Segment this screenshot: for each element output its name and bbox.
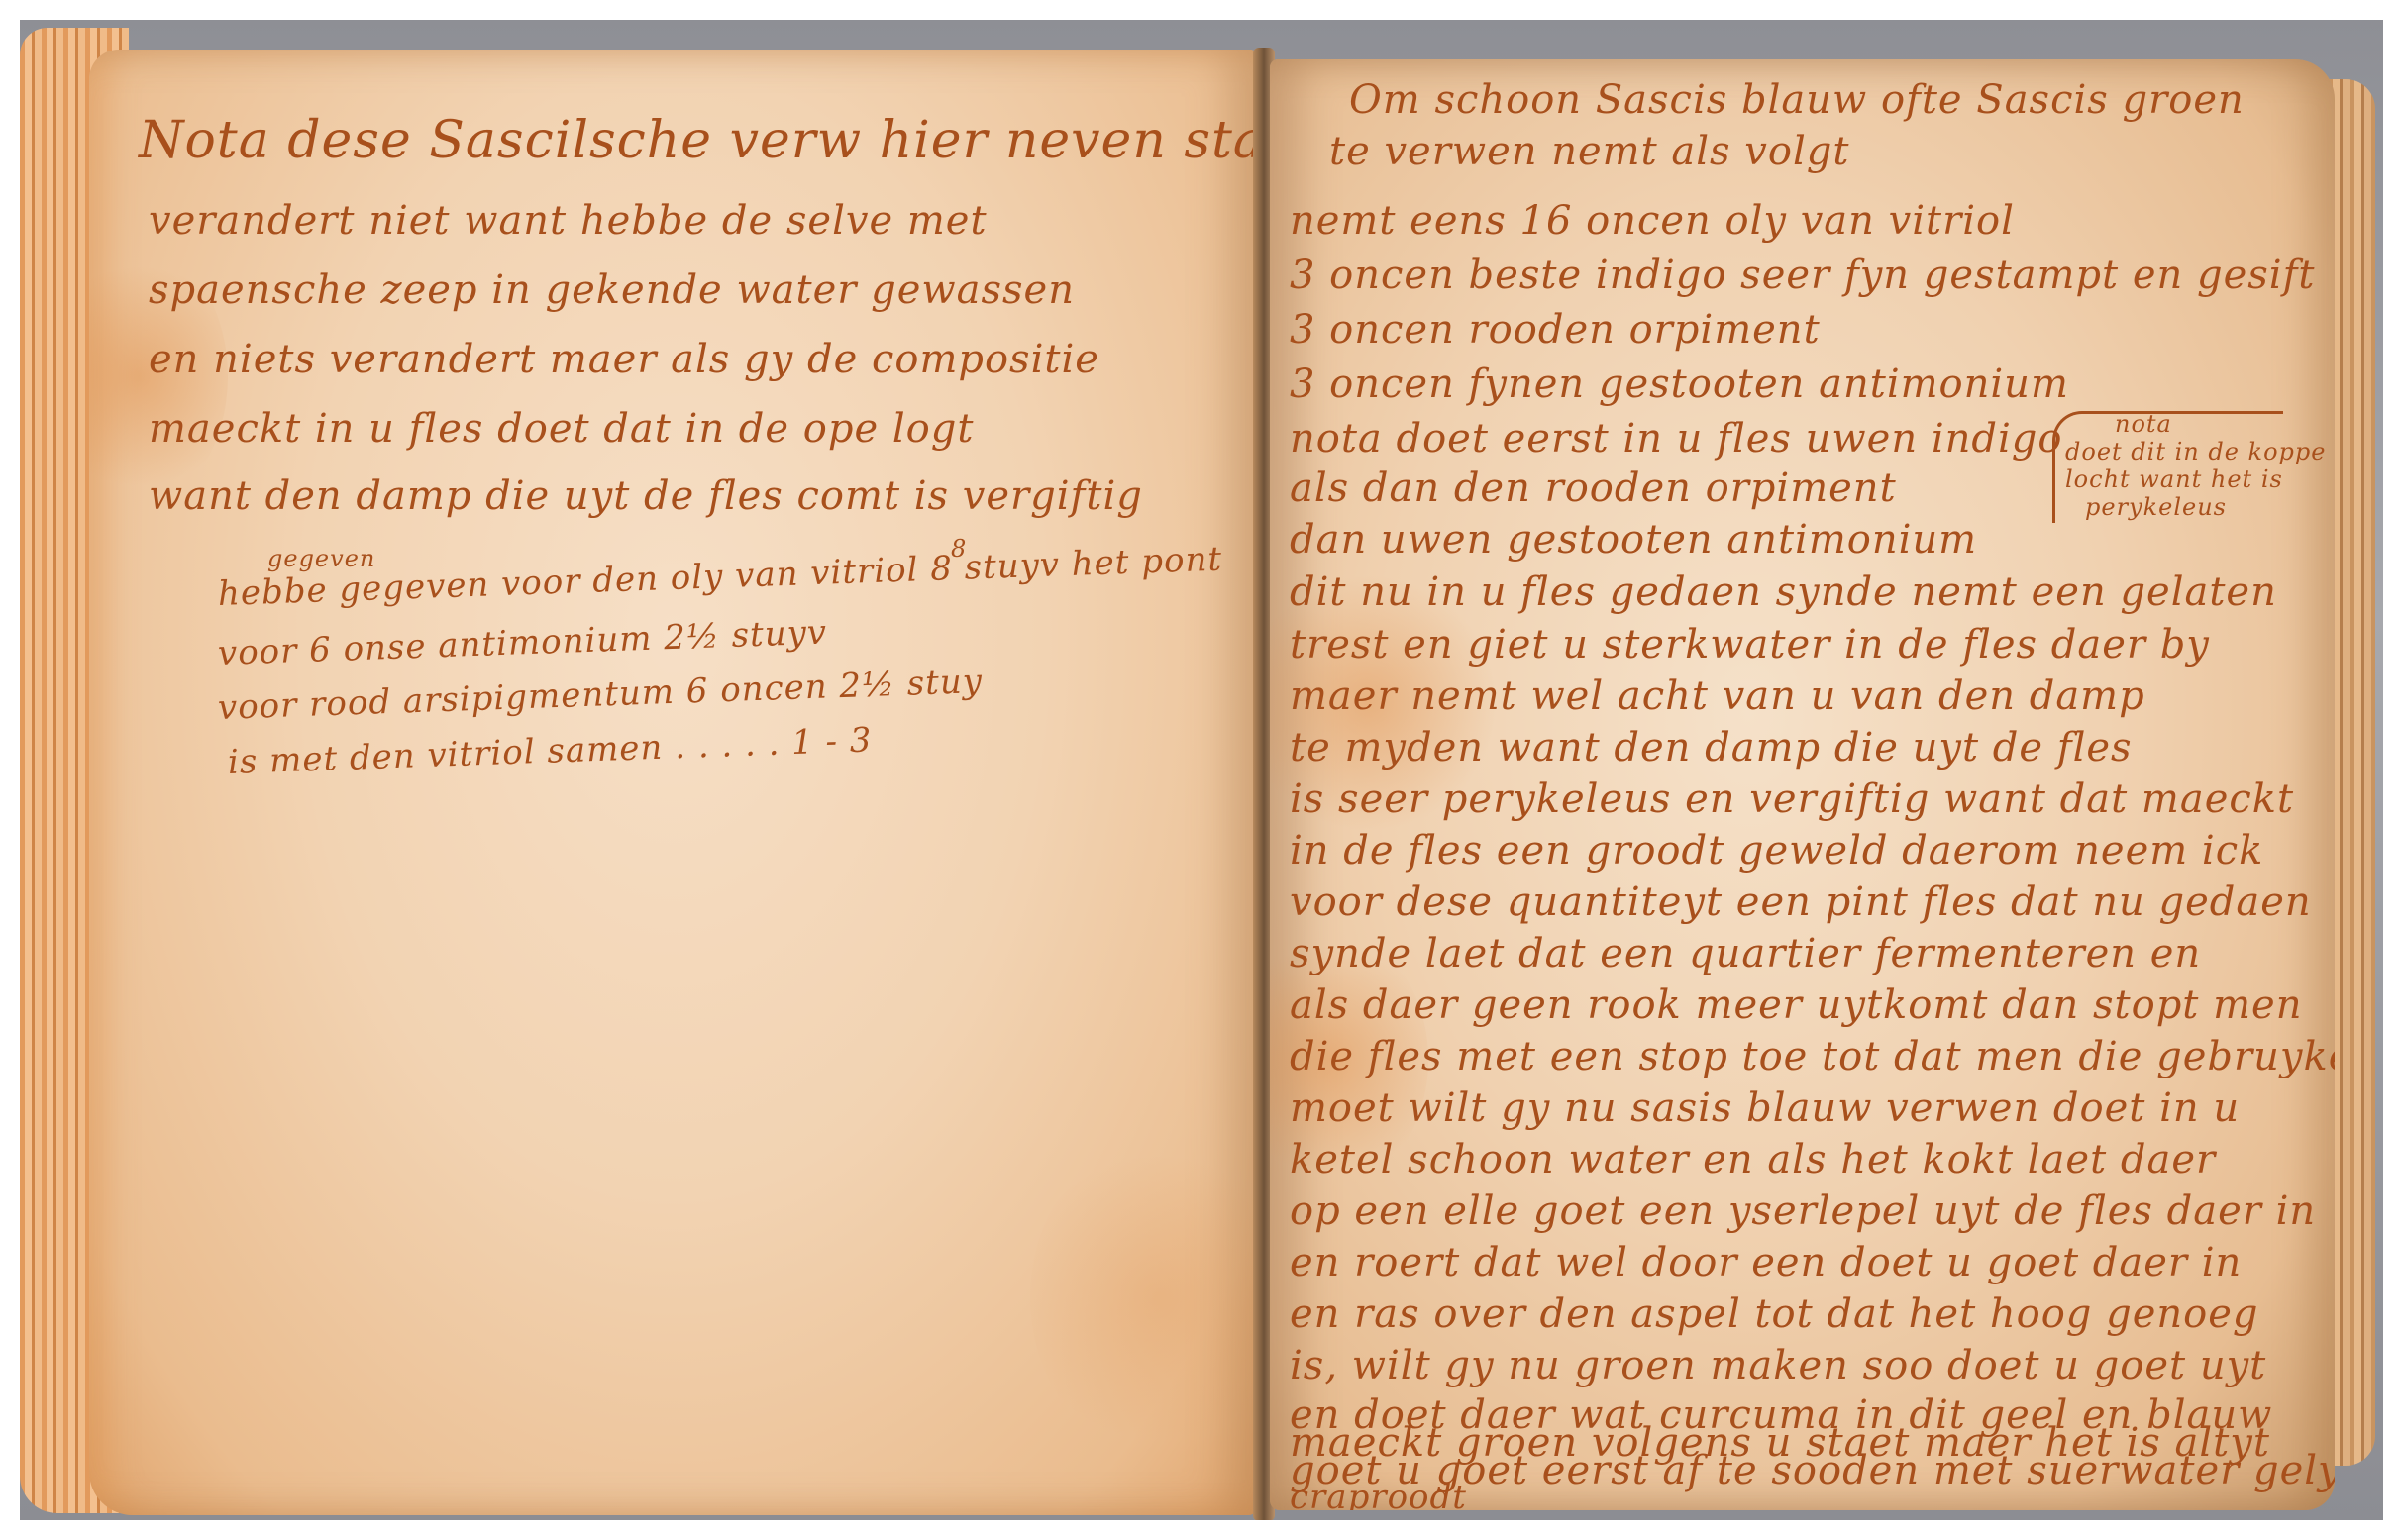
margin-note-bracket: nota doet dit in de koppe locht want het… xyxy=(2052,411,2283,523)
instruction-line: nota doet eerst in u fles uwen indigo xyxy=(1290,416,2062,462)
ingredient-line: nemt eens 16 oncen oly van vitriol xyxy=(1290,198,2015,244)
recipe-title-line: Om schoon Sascis blauw ofte Sascis groen xyxy=(1349,77,2245,123)
account-line: voor rood arsipigmentum 6 oncen 2½ stuy xyxy=(217,662,983,728)
left-page: Nota dese Sascilsche verw hier neven sta… xyxy=(89,50,1258,1515)
margin-note-line: doet dit in de koppe xyxy=(2065,438,2326,465)
instruction-line: ketel schoon water en als het kokt laet … xyxy=(1290,1137,2216,1182)
ingredient-line: 3 oncen beste indigo seer fyn gestampt e… xyxy=(1290,253,2315,298)
instruction-line: te myden want den damp die uyt de fles xyxy=(1290,725,2133,770)
instruction-line: craproodt xyxy=(1290,1478,1467,1510)
instruction-line: op een elle goet een yserlepel uyt de fl… xyxy=(1290,1188,2316,1234)
margin-note-line: perykeleus xyxy=(2085,493,2227,521)
margin-note-line: nota xyxy=(2115,410,2172,438)
instruction-line: dan uwen gestooten antimonium xyxy=(1290,517,1977,563)
instruction-line: in de fles een groodt geweld daerom neem… xyxy=(1290,828,2263,873)
instruction-line: moet wilt gy nu sasis blauw verwen doet … xyxy=(1290,1085,2240,1131)
instruction-line: is, wilt gy nu groen maken soo doet u go… xyxy=(1290,1343,2266,1388)
instruction-line: synde laet dat een quartier fermenteren … xyxy=(1290,931,2201,976)
left-note-line: Nota dese Sascilsche verw hier neven sta… xyxy=(139,111,1258,170)
left-note-line: maeckt in u fles doet dat in de ope logt xyxy=(149,406,974,452)
instruction-line: die fles met een stop toe tot dat men di… xyxy=(1290,1034,2335,1079)
left-note-line: spaensche zeep in gekende water gewassen xyxy=(149,267,1075,313)
instruction-line: dit nu in u fles gedaen synde nemt een g… xyxy=(1290,569,2277,615)
account-line: voor 6 onse antimonium 2½ stuyv xyxy=(217,613,827,673)
right-page: Om schoon Sascis blauw ofte Sascis groen… xyxy=(1270,59,2335,1510)
instruction-line: trest en giet u sterkwater in de fles da… xyxy=(1290,622,2210,667)
instruction-line: voor dese quantiteyt een pint fles dat n… xyxy=(1290,879,2312,925)
recipe-title-line: te verwen nemt als volgt xyxy=(1329,129,1849,174)
account-line: is met den vitriol samen . . . . . 1 - 3 xyxy=(227,720,873,782)
account-insertion: gegeven xyxy=(267,545,375,572)
instruction-line: als dan den rooden orpiment xyxy=(1290,465,1897,511)
instruction-line: maer nemt wel acht van u van den damp xyxy=(1290,673,2145,719)
margin-note-line: locht want het is xyxy=(2065,465,2283,493)
instruction-line: en roert dat wel door een doet u goet da… xyxy=(1290,1240,2242,1285)
manuscript-photo: Nota dese Sascilsche verw hier neven sta… xyxy=(20,20,2383,1520)
left-note-line: verandert niet want hebbe de selve met xyxy=(149,198,988,244)
instruction-line: als daer geen rook meer uytkomt dan stop… xyxy=(1290,982,2302,1028)
ingredient-line: 3 oncen fynen gestooten antimonium xyxy=(1290,361,2069,407)
ingredient-line: 3 oncen rooden orpiment xyxy=(1290,307,1821,353)
paper-stain xyxy=(1030,1139,1258,1456)
instruction-line: en ras over den aspel tot dat het hoog g… xyxy=(1290,1291,2259,1337)
instruction-line: is seer perykeleus en vergiftig want dat… xyxy=(1290,776,2294,822)
left-note-line: en niets verandert maer als gy de compos… xyxy=(149,337,1099,382)
left-note-line: want den damp die uyt de fles comt is ve… xyxy=(149,473,1143,519)
